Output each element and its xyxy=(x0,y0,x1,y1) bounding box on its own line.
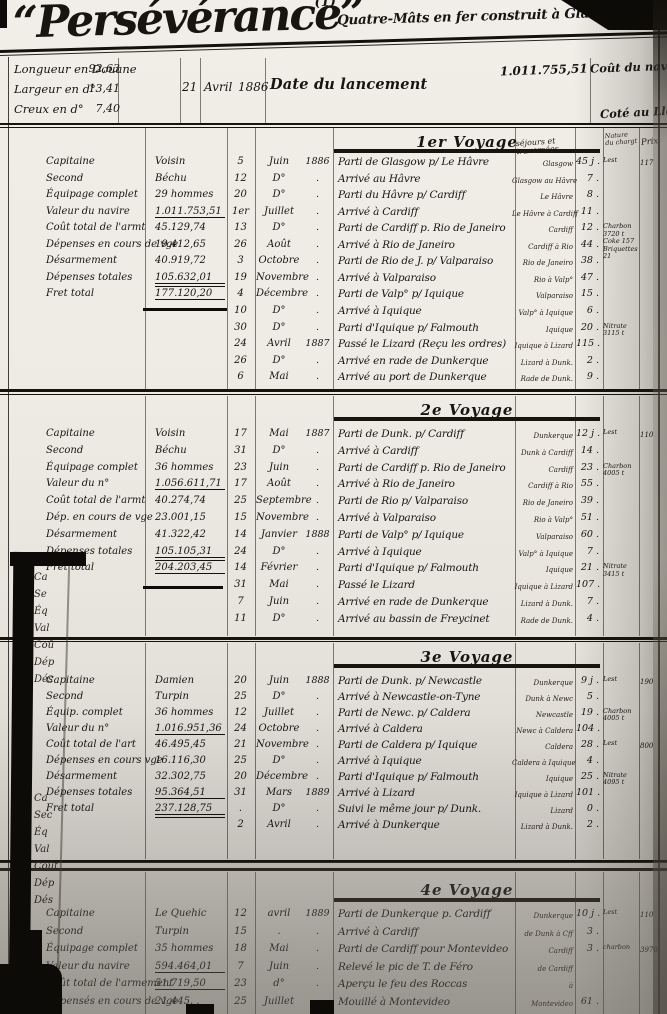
event-description: Arrivé à Lizard xyxy=(338,787,514,799)
event-description: Arrivé à Iquique xyxy=(338,755,514,767)
row-day: 31 xyxy=(227,445,254,456)
event-duration-days: 14 xyxy=(576,445,599,456)
row-label: Désarmement xyxy=(46,529,152,540)
event-duration-days: 5 xyxy=(576,691,599,702)
bleed-through-fragment: Coût xyxy=(34,861,58,872)
ledger-row: 7 Juin . Arrivé en rade de Dunkerque Liz… xyxy=(0,596,667,613)
row-value: Damien xyxy=(155,675,225,686)
event-duration-days: 3 xyxy=(576,943,599,954)
ledger-row: Désarmement 40.919,72 3 Octobre . Parti … xyxy=(0,255,667,272)
row-day: 21 xyxy=(227,739,254,750)
row-year: . xyxy=(303,723,332,734)
row-label: Capitaine xyxy=(46,428,152,439)
ledger-row: 26 D° . Arrivé en rade de Dunkerque Liza… xyxy=(0,355,667,372)
row-label: Coût total de l'art xyxy=(46,739,152,750)
dimension-value: 92,63 xyxy=(86,62,120,75)
voyage-title-underline xyxy=(334,898,600,902)
bleed-through-fragment: Dép xyxy=(34,657,54,668)
bleed-through-fragment: Éq xyxy=(34,606,48,617)
event-duration-days: 115 xyxy=(576,338,599,349)
row-year: . xyxy=(303,222,332,233)
event-leg: Newc à Caldera xyxy=(512,727,573,735)
scan-artifact xyxy=(0,964,62,1014)
row-day: 17 xyxy=(227,428,254,439)
grid-line xyxy=(265,58,266,123)
row-value: Turpin xyxy=(155,691,225,702)
row-month: Novembre xyxy=(256,739,302,750)
row-year: . xyxy=(303,478,332,489)
ledger-row: Équipage complet 35 hommes 18 Mai . Part… xyxy=(0,943,667,960)
row-day: 7 xyxy=(227,596,254,607)
event-leg: Rio de Janeiro xyxy=(512,259,573,267)
bleed-through-fragment: Sec xyxy=(34,810,52,821)
row-month: Mars xyxy=(256,787,302,798)
event-description: Arrivé à Valparaiso xyxy=(338,512,514,524)
event-description: Suivi le même jour p/ Dunk. xyxy=(338,803,514,815)
row-month: Février xyxy=(256,562,302,573)
row-year: . xyxy=(303,691,332,702)
event-leg: Montevideo xyxy=(512,1000,573,1008)
row-value: 29 hommes xyxy=(155,189,225,200)
row-month: D° xyxy=(256,755,302,766)
row-year: . xyxy=(303,613,332,624)
row-day: 12 xyxy=(227,908,254,919)
ledger-row: Valeur du n° 1.056.611,71 17 Août . Arri… xyxy=(0,478,667,495)
bleed-through-fragment: Ca xyxy=(34,793,48,804)
row-month: Décembre xyxy=(256,288,302,299)
row-value: Voisin xyxy=(155,428,225,439)
row-year: 1888 xyxy=(303,675,332,686)
row-label: Second xyxy=(46,691,152,702)
row-month: d° xyxy=(256,978,302,989)
event-leg: Valparaiso xyxy=(512,292,573,300)
row-label: Valeur du navire xyxy=(46,961,152,972)
voyage-title: 4e Voyage xyxy=(334,881,600,899)
event-leg: Cardiff xyxy=(512,226,573,234)
ledger-row: Coût total de l'armement 51.719,50 23 d°… xyxy=(0,978,667,995)
row-day: 31 xyxy=(227,787,254,798)
row-day: 30 xyxy=(227,322,254,333)
row-day: 5 xyxy=(227,156,254,167)
row-label: Second xyxy=(46,445,152,456)
row-label: Dépenses en cours de vge xyxy=(46,239,152,250)
event-duration-days: 2 xyxy=(576,819,599,830)
row-month: Juillet xyxy=(256,206,302,217)
event-duration-days: 51 xyxy=(576,512,599,523)
event-duration-days: 107 xyxy=(576,579,599,590)
event-leg: Le Hâvre à Cardiff xyxy=(512,210,573,218)
row-day: 12 xyxy=(227,707,254,718)
event-leg: de Cardiff xyxy=(512,965,573,973)
ledger-row: Fret total 237.128,75 . D° . Suivi le mê… xyxy=(0,803,667,820)
row-month: Octobre xyxy=(256,723,302,734)
row-value: 237.128,75 xyxy=(155,803,225,818)
row-year: 1886 xyxy=(303,156,332,167)
ledger-row: Dépenses en cours de vge 19.412,65 26 Ao… xyxy=(0,239,667,256)
row-year: . xyxy=(303,803,332,814)
separator xyxy=(0,868,667,871)
event-cargo: Lest xyxy=(603,909,638,916)
row-month: D° xyxy=(256,691,302,702)
row-value: Turpin xyxy=(155,926,225,937)
row-value: 16.116,30 xyxy=(155,755,225,766)
ledger-row: Dépenses totales 105.105,31 24 D° . Arri… xyxy=(0,546,667,563)
row-label: Capitaine xyxy=(46,908,152,919)
event-duration-days: 6 xyxy=(576,305,599,316)
event-cargo: Lest xyxy=(603,740,638,747)
row-value: 23.001,15 xyxy=(155,512,225,523)
column-header-sejours: séjours et traversées xyxy=(515,136,576,157)
event-duration-days: 4 xyxy=(576,755,599,766)
grid-line xyxy=(590,58,591,123)
event-leg: Iquique à Lizard xyxy=(512,583,573,591)
voyage-section-4: 4e Voyage Capitaine Le Quehic 12 avril 1… xyxy=(0,872,667,1014)
row-value: 36 hommes xyxy=(155,462,225,473)
row-year: . xyxy=(303,707,332,718)
row-value: Voisin xyxy=(155,156,225,167)
separator xyxy=(0,860,667,863)
event-duration-days: 12 xyxy=(576,222,599,233)
event-duration-days: 61 xyxy=(576,996,599,1007)
row-year: . xyxy=(303,355,332,366)
row-day: 12 xyxy=(227,173,254,184)
ledger-row: 2 Avril . Arrivé à Dunkerque Lizard à Du… xyxy=(0,819,667,836)
ledger-row: Second Béchu 31 D° . Arrivé à Cardiff Du… xyxy=(0,445,667,462)
row-month: D° xyxy=(256,613,302,624)
event-cargo: Nitrate 4095 t xyxy=(603,772,638,787)
voyage-section-3: 3e Voyage Capitaine Damien 20 Juin 1888 … xyxy=(0,643,667,859)
row-day: 25 xyxy=(227,495,254,506)
event-duration-days: 0 xyxy=(576,803,599,814)
event-duration-days: 7 xyxy=(576,596,599,607)
row-value: 32.302,75 xyxy=(155,771,225,782)
row-month: Janvier xyxy=(256,529,302,540)
event-description: Passé le Lizard xyxy=(338,579,514,591)
event-duration-days: 9 j xyxy=(576,675,599,686)
row-month: Juin xyxy=(256,596,302,607)
row-day: 31 xyxy=(227,579,254,590)
bleed-through-fragment: Val xyxy=(34,623,49,634)
row-value: 36 hommes xyxy=(155,707,225,718)
event-description: Parti de Cardiff pour Montevideo xyxy=(338,943,514,955)
scan-artifact xyxy=(186,1004,214,1014)
event-description: Parti de Cardiff p. Rio de Janeiro xyxy=(338,462,514,474)
event-leg: Rade de Dunk. xyxy=(512,617,573,625)
event-leg: Dunkerque xyxy=(512,912,573,920)
event-leg: Iquique à Lizard xyxy=(512,342,573,350)
row-value: 105.105,31 xyxy=(155,546,225,561)
event-description: Passé le Lizard (Reçu les ordres) xyxy=(338,338,514,350)
event-description: Parti d'Iquique p/ Falmouth xyxy=(338,771,514,783)
separator xyxy=(0,389,667,392)
row-year: . xyxy=(303,739,332,750)
event-duration-days: 7 xyxy=(576,173,599,184)
row-month: D° xyxy=(256,803,302,814)
event-leg: Iquique à Lizard xyxy=(512,791,573,799)
event-description: Arrivé à Dunkerque xyxy=(338,819,514,831)
row-year: . xyxy=(303,926,332,937)
event-leg: Le Hâvre xyxy=(512,193,573,201)
row-year: . xyxy=(303,819,332,830)
row-day: 19 xyxy=(227,272,254,283)
row-year: . xyxy=(303,596,332,607)
event-leg: Glasgow xyxy=(512,160,573,168)
event-duration-days: 47 xyxy=(576,272,599,283)
row-value: 1.011.753,51 xyxy=(155,206,225,218)
grid-line xyxy=(180,58,181,123)
event-description: Parti de Dunk. p/ Cardiff xyxy=(338,428,514,440)
row-day: 25 xyxy=(227,996,254,1007)
ledger-row: Équipage complet 29 hommes 20 D° . Parti… xyxy=(0,189,667,206)
row-label: Désarmement xyxy=(46,255,152,266)
total-closing-bar xyxy=(143,308,227,311)
row-month: D° xyxy=(256,355,302,366)
bleed-through-fragment: Dép xyxy=(34,878,54,889)
row-label: Coût total de l'armt xyxy=(46,222,152,233)
event-leg: Cardiff xyxy=(512,466,573,474)
voyage-title-underline xyxy=(334,664,600,668)
bleed-through-fragment: Dés xyxy=(34,895,53,906)
dimension-value: 7,40 xyxy=(86,102,120,115)
event-leg: Dunkerque xyxy=(512,432,573,440)
row-label: Valeur du n° xyxy=(46,478,152,489)
row-value: 41.322,42 xyxy=(155,529,225,540)
total-closing-bar xyxy=(143,586,223,589)
row-label: Équipage complet xyxy=(46,943,152,954)
ledger-row: Désarmement 41.322,42 14 Janvier 1888 Pa… xyxy=(0,529,667,546)
row-label: Capitaine xyxy=(46,156,152,167)
event-duration-days: 38 xyxy=(576,255,599,266)
row-value: 204.203,45 xyxy=(155,562,225,574)
ledger-row: Second Turpin 15 . . Arrivé à Cardiff de… xyxy=(0,926,667,943)
event-leg: Valp° à Iquique xyxy=(512,309,573,317)
row-value: 594.464,01 xyxy=(155,961,225,973)
separator xyxy=(0,394,667,395)
event-duration-days: 15 xyxy=(576,288,599,299)
row-year: . xyxy=(303,445,332,456)
scan-edge-shadow xyxy=(653,0,667,1014)
row-year: . xyxy=(303,546,332,557)
event-cargo: charbon xyxy=(603,944,638,951)
event-description: Arrivé au bassin de Freycinet xyxy=(338,613,514,625)
event-leg: Dunk à Newc xyxy=(512,695,573,703)
row-value: 1.016.951,36 xyxy=(155,723,225,735)
event-description: Parti de Cardiff p. Rio de Janeiro xyxy=(338,222,514,234)
ledger-row: Dépenses en cours vge 16.116,30 25 D° . … xyxy=(0,755,667,772)
row-value: 46.495,45 xyxy=(155,739,225,750)
event-cargo: Lest xyxy=(603,157,638,164)
event-leg: Cardiff à Rio xyxy=(512,482,573,490)
row-month: Août xyxy=(256,478,302,489)
row-month: Octobre xyxy=(256,255,302,266)
row-year: . xyxy=(303,239,332,250)
event-leg: Lizard à Dunk. xyxy=(512,600,573,608)
row-label: Capitaine xyxy=(46,675,152,686)
dimension-label: Creux en d° xyxy=(14,102,84,116)
event-description: Arrivé à Cardiff xyxy=(338,206,514,218)
bleed-through-fragment: Val xyxy=(34,844,49,855)
row-day: 18 xyxy=(227,943,254,954)
event-duration-days: 21 xyxy=(576,562,599,573)
row-year: . xyxy=(303,272,332,283)
event-description: Arrivé à Caldera xyxy=(338,723,514,735)
row-year: . xyxy=(303,579,332,590)
ledger-row: Désarmement 32.302,75 20 Décembre . Part… xyxy=(0,771,667,788)
row-month: Mai xyxy=(256,428,302,439)
ledger-row: Capitaine Voisin 5 Juin 1886 Parti de Gl… xyxy=(0,156,667,173)
voyage-section-2: 2e Voyage Capitaine Voisin 17 Mai 1887 P… xyxy=(0,396,667,636)
row-year: . xyxy=(303,206,332,217)
event-leg: Iquique xyxy=(512,326,573,334)
ledger-row: 31 Mai . Passé le Lizard Iquique à Lizar… xyxy=(0,579,667,596)
event-description: Arrivé à Iquique xyxy=(338,305,514,317)
dimension-row: Creux en d° 7,40 xyxy=(0,102,667,122)
ledger-row: Capitaine Damien 20 Juin 1888 Parti de D… xyxy=(0,675,667,692)
event-cargo: Charbon 4005 t xyxy=(603,708,638,723)
event-duration-days: 101 xyxy=(576,787,599,798)
row-day: 25 xyxy=(227,691,254,702)
launch-year: 1886 xyxy=(238,80,269,94)
event-duration-days: 11 xyxy=(576,206,599,217)
row-day: 15 xyxy=(227,926,254,937)
event-description: Parti de Dunk. p/ Newcastle xyxy=(338,675,514,687)
event-duration-days: 2 xyxy=(576,355,599,366)
row-day: 10 xyxy=(227,305,254,316)
ledger-row: Valeur du navire 594.464,01 7 Juin . Rel… xyxy=(0,961,667,978)
row-month: Juillet xyxy=(256,707,302,718)
event-leg: Cardiff à Rio xyxy=(512,243,573,251)
event-leg: Lizard à Dunk. xyxy=(512,359,573,367)
row-day: 14 xyxy=(227,529,254,540)
event-duration-days: 12 j xyxy=(576,428,599,439)
row-month: D° xyxy=(256,189,302,200)
row-month: . xyxy=(256,926,302,937)
event-leg: Iquique xyxy=(512,566,573,574)
event-leg: Newcastle xyxy=(512,711,573,719)
row-year: . xyxy=(303,322,332,333)
event-leg: Rio à Valp° xyxy=(512,276,573,284)
ledger-row: Équipage complet 36 hommes 23 Juin . Par… xyxy=(0,462,667,479)
row-day: 23 xyxy=(227,978,254,989)
ledger-row: Dépenses totales 105.632,01 19 Novembre … xyxy=(0,272,667,289)
event-description: Arrivé à Cardiff xyxy=(338,926,514,938)
row-month: D° xyxy=(256,305,302,316)
event-description: Parti de Newc. p/ Caldera xyxy=(338,707,514,719)
event-leg: Dunkerque xyxy=(512,679,573,687)
scanned-ledger-page: “Persévérance” (1) Quatre-Mâts en fer co… xyxy=(0,0,667,1014)
row-year: . xyxy=(303,495,332,506)
row-value: 35 hommes xyxy=(155,943,225,954)
event-description: Arrivé à Iquique xyxy=(338,546,514,558)
event-duration-days: 8 xyxy=(576,189,599,200)
row-year: . xyxy=(303,371,332,382)
ledger-row: Fret total 177.120,20 4 Décembre . Parti… xyxy=(0,288,667,305)
row-month: Août xyxy=(256,239,302,250)
row-day: 1er xyxy=(227,206,254,217)
ledger-row: Dép. en cours de vge 23.001,15 15 Novemb… xyxy=(0,512,667,529)
row-month: Avril xyxy=(256,338,302,349)
row-value: 177.120,20 xyxy=(155,288,225,300)
bleed-through-fragment: Ca xyxy=(34,572,48,583)
ledger-row: 10 D° . Arrivé à Iquique Valp° à Iquique… xyxy=(0,305,667,322)
row-label: Second xyxy=(46,173,152,184)
row-day: 24 xyxy=(227,723,254,734)
bleed-through-fragment: Dés xyxy=(34,674,53,685)
event-description: Arrivé à Valparaiso xyxy=(338,272,514,284)
event-description: Arrivé à Rio de Janeiro xyxy=(338,239,514,251)
row-month: Mai xyxy=(256,371,302,382)
event-description: Arrivé au port de Dunkerque xyxy=(338,371,514,383)
row-year: . xyxy=(303,462,332,473)
event-description: Parti de Glasgow p/ Le Hâvre xyxy=(338,156,514,168)
row-day: 25 xyxy=(227,755,254,766)
event-leg: Cardiff xyxy=(512,947,573,955)
row-day: 20 xyxy=(227,189,254,200)
event-leg: Rade de Dunk. xyxy=(512,375,573,383)
ledger-row: Coût total de l'armt 40.274,74 25 Septem… xyxy=(0,495,667,512)
event-cargo: Lest xyxy=(603,429,638,436)
row-label: Équipage complet xyxy=(46,189,152,200)
row-label: Dép. en cours de vge xyxy=(46,512,152,523)
event-description: Arrivé en rade de Dunkerque xyxy=(338,596,514,608)
event-duration-days: 19 xyxy=(576,707,599,718)
row-year: 1889 xyxy=(303,908,332,919)
event-duration-days: 3 xyxy=(576,926,599,937)
event-leg: Lizard xyxy=(512,807,573,815)
row-month: Mai xyxy=(256,943,302,954)
row-day: . xyxy=(227,803,254,814)
ledger-row: Équip. complet 36 hommes 12 Juillet . Pa… xyxy=(0,707,667,724)
bleed-through-fragment: Éq xyxy=(34,827,48,838)
event-duration-days: 28 xyxy=(576,739,599,750)
event-description: Parti de Rio de J. p/ Valparaiso xyxy=(338,255,514,267)
event-cargo: Nitrate 3415 t xyxy=(603,563,638,578)
ledger-row: 24 Avril 1887 Passé le Lizard (Reçu les … xyxy=(0,338,667,355)
event-description: Parti de Valp° p/ Iquique xyxy=(338,529,514,541)
row-year: 1887 xyxy=(303,338,332,349)
event-duration-days: 23 xyxy=(576,462,599,473)
event-description: Mouillé à Montevideo xyxy=(338,996,514,1008)
row-value: Béchu xyxy=(155,445,225,456)
row-label: Coût total de l'armt xyxy=(46,495,152,506)
event-description: Parti d'Iquique p/ Falmouth xyxy=(338,562,514,574)
row-year: 1887 xyxy=(303,428,332,439)
row-year: . xyxy=(303,771,332,782)
row-day: 26 xyxy=(227,355,254,366)
title-band: “Persévérance” (1) Quatre-Mâts en fer co… xyxy=(0,0,667,56)
separator xyxy=(0,641,667,642)
row-year: . xyxy=(303,288,332,299)
row-month: D° xyxy=(256,173,302,184)
row-month: Juin xyxy=(256,156,302,167)
row-month: Décembre xyxy=(256,771,302,782)
row-day: 13 xyxy=(227,222,254,233)
row-year: . xyxy=(303,961,332,972)
row-value: 95.364,51 xyxy=(155,787,225,799)
event-leg: Iquique xyxy=(512,775,573,783)
row-day: 6 xyxy=(227,371,254,382)
ledger-row: Second Turpin 25 D° . Arrivé à Newcastle… xyxy=(0,691,667,708)
row-year: . xyxy=(303,943,332,954)
ledger-row: Coût total de l'art 46.495,45 21 Novembr… xyxy=(0,739,667,756)
event-description: Arrivé en rade de Dunkerque xyxy=(338,355,514,367)
row-month: Juin xyxy=(256,675,302,686)
launch-month: Avril xyxy=(204,80,232,94)
dimension-value: 13,41 xyxy=(86,82,120,95)
ledger-row: Valeur du n° 1.016.951,36 24 Octobre . A… xyxy=(0,723,667,740)
separator xyxy=(0,637,667,640)
grid-line xyxy=(200,58,201,123)
